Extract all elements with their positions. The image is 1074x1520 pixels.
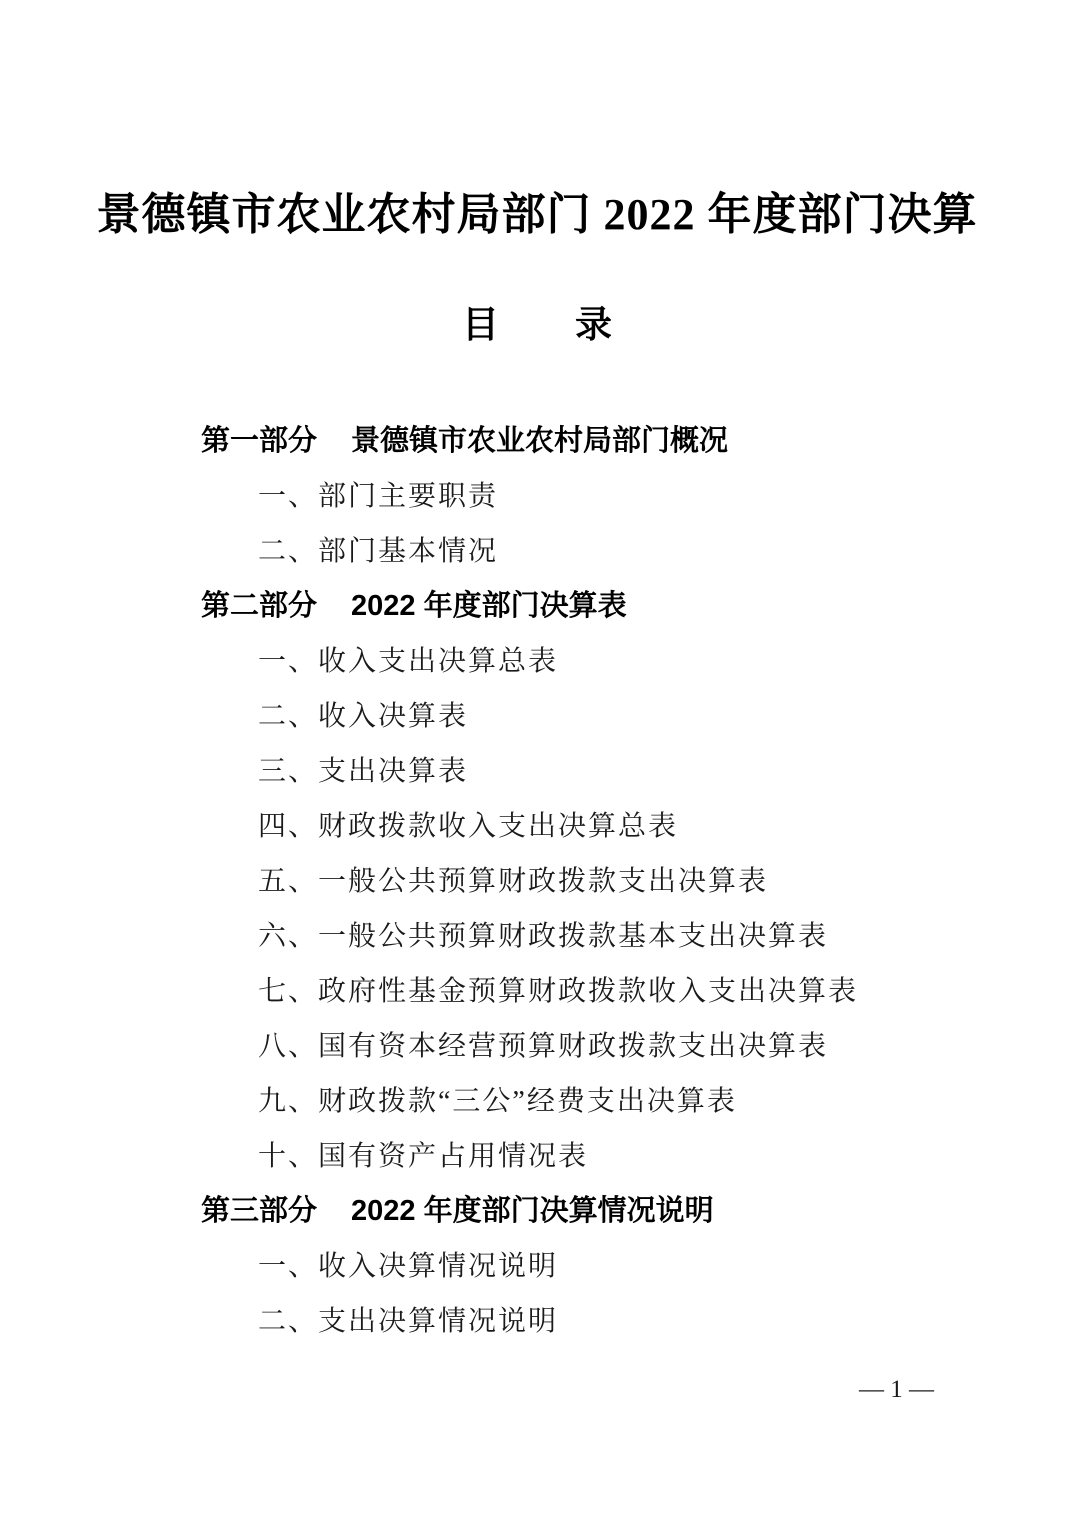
toc-item: 二、支出决算情况说明 [0, 1291, 1074, 1346]
toc-section-label: 第二部分 [201, 583, 317, 624]
toc-item-text: 八、国有资本经营预算财政拨款支出决算表 [258, 1024, 828, 1064]
toc-item-text: 一、部门主要职责 [258, 474, 498, 514]
toc-item: 六、一般公共预算财政拨款基本支出决算表 [0, 906, 1074, 961]
toc-item: 四、财政拨款收入支出决算总表 [0, 796, 1074, 851]
toc-item: 一、部门主要职责 [0, 466, 1074, 521]
toc-item: 二、部门基本情况 [0, 521, 1074, 576]
toc-item: 一、收入决算情况说明 [0, 1236, 1074, 1291]
toc-heading: 目录 [0, 305, 1074, 346]
toc-item-text: 六、一般公共预算财政拨款基本支出决算表 [258, 914, 828, 954]
document-page: 景德镇市农业农村局部门 2022 年度部门决算 目录 第一部分 景德镇市农业农村… [0, 0, 1074, 1520]
toc-item: 九、财政拨款“三公”经费支出决算表 [0, 1071, 1074, 1126]
toc-item-text: 二、支出决算情况说明 [258, 1299, 558, 1339]
toc-section-heading: 第二部分 2022 年度部门决算表 [0, 576, 1074, 631]
toc-section-label: 第三部分 [201, 1188, 317, 1229]
page-number: — 1 — [0, 1376, 1074, 1404]
toc-item-text: 十、国有资产占用情况表 [258, 1134, 588, 1174]
toc-item-text: 一、收入支出决算总表 [258, 639, 558, 679]
toc-item-text: 二、收入决算表 [258, 694, 468, 734]
document-title: 景德镇市农业农村局部门 2022 年度部门决算 [0, 0, 1074, 241]
toc-list: 第一部分 景德镇市农业农村局部门概况 一、部门主要职责 二、部门基本情况 第二部… [0, 411, 1074, 1346]
toc-item-text: 五、一般公共预算财政拨款支出决算表 [258, 859, 768, 899]
toc-section-title: 2022 年度部门决算情况说明 [351, 1188, 714, 1229]
toc-item-text: 七、政府性基金预算财政拨款收入支出决算表 [258, 969, 858, 1009]
toc-item: 二、收入决算表 [0, 686, 1074, 741]
toc-item-text: 四、财政拨款收入支出决算总表 [258, 804, 678, 844]
toc-section-label: 第一部分 [201, 418, 317, 459]
toc-item-text: 九、财政拨款“三公”经费支出决算表 [258, 1079, 737, 1119]
toc-item-text: 二、部门基本情况 [258, 529, 498, 569]
toc-heading-char-right: 录 [575, 305, 612, 346]
toc-section-heading: 第一部分 景德镇市农业农村局部门概况 [0, 411, 1074, 466]
toc-section-heading: 第三部分 2022 年度部门决算情况说明 [0, 1181, 1074, 1236]
toc-item: 三、支出决算表 [0, 741, 1074, 796]
toc-section-title: 景德镇市农业农村局部门概况 [351, 418, 728, 459]
toc-section-title: 2022 年度部门决算表 [351, 583, 627, 624]
toc-item: 八、国有资本经营预算财政拨款支出决算表 [0, 1016, 1074, 1071]
toc-item: 十、国有资产占用情况表 [0, 1126, 1074, 1181]
toc-item-text: 三、支出决算表 [258, 749, 468, 789]
toc-heading-char-left: 目 [462, 305, 499, 346]
toc-item: 七、政府性基金预算财政拨款收入支出决算表 [0, 961, 1074, 1016]
toc-item: 五、一般公共预算财政拨款支出决算表 [0, 851, 1074, 906]
toc-item-text: 一、收入决算情况说明 [258, 1244, 558, 1284]
toc-item: 一、收入支出决算总表 [0, 631, 1074, 686]
